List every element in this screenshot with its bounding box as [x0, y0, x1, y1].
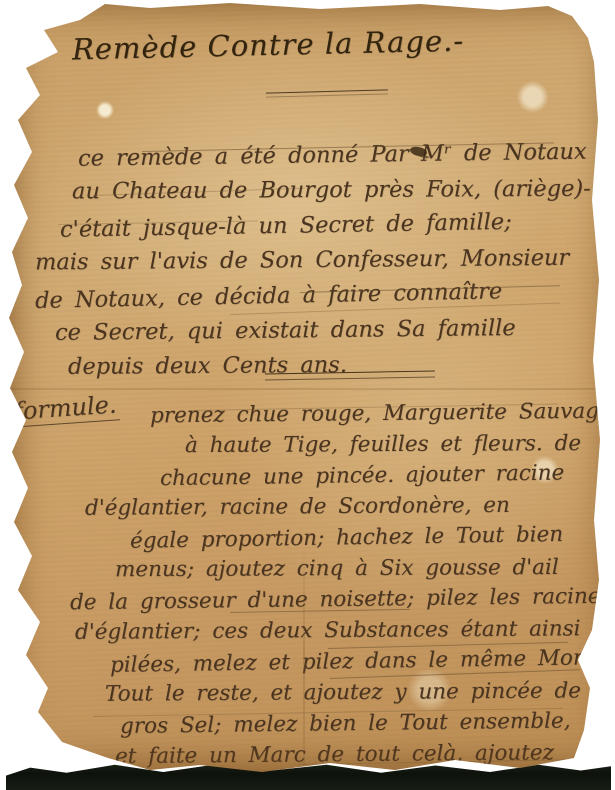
manuscript-photo: Remède Contre la Rage.- ce remède a été … — [0, 0, 615, 790]
manuscript-line: Tout le reste, et ajoutez y une pincée d… — [105, 675, 607, 710]
manuscript-line: prenez chue rouge, Marguerite Sauvage — [150, 396, 607, 432]
manuscript-line: ce remède a été donné Par Mʳ de Notaux — [78, 134, 607, 176]
manuscript-line: menus; ajoutez cinq à Six gousse d'ail — [115, 552, 607, 586]
title-underline — [266, 89, 388, 97]
manuscript-line: ce Secret, qui existait dans Sa famille — [55, 310, 607, 351]
manuscript-line: de la grosseur d'une noisette; pilez les… — [70, 581, 607, 619]
formula-section: prenez chue rouge, Marguerite Sauvage à … — [8, 398, 607, 770]
paper-crease — [8, 388, 607, 390]
manuscript-page: Remède Contre la Rage.- ce remède a été … — [8, 2, 607, 774]
document-title: Remède Contre la Rage.- — [68, 23, 469, 66]
manuscript-line: égale proportion; hachez le Tout bien — [130, 518, 607, 556]
manuscript-line: à haute Tige, feuilles et fleurs. de — [185, 428, 607, 461]
paper-crease — [303, 542, 305, 774]
manuscript-line: chacune une pincée. ajouter racine — [160, 457, 607, 494]
intro-paragraph: ce remède a été donné Par Mʳ de Notaux a… — [8, 138, 607, 383]
